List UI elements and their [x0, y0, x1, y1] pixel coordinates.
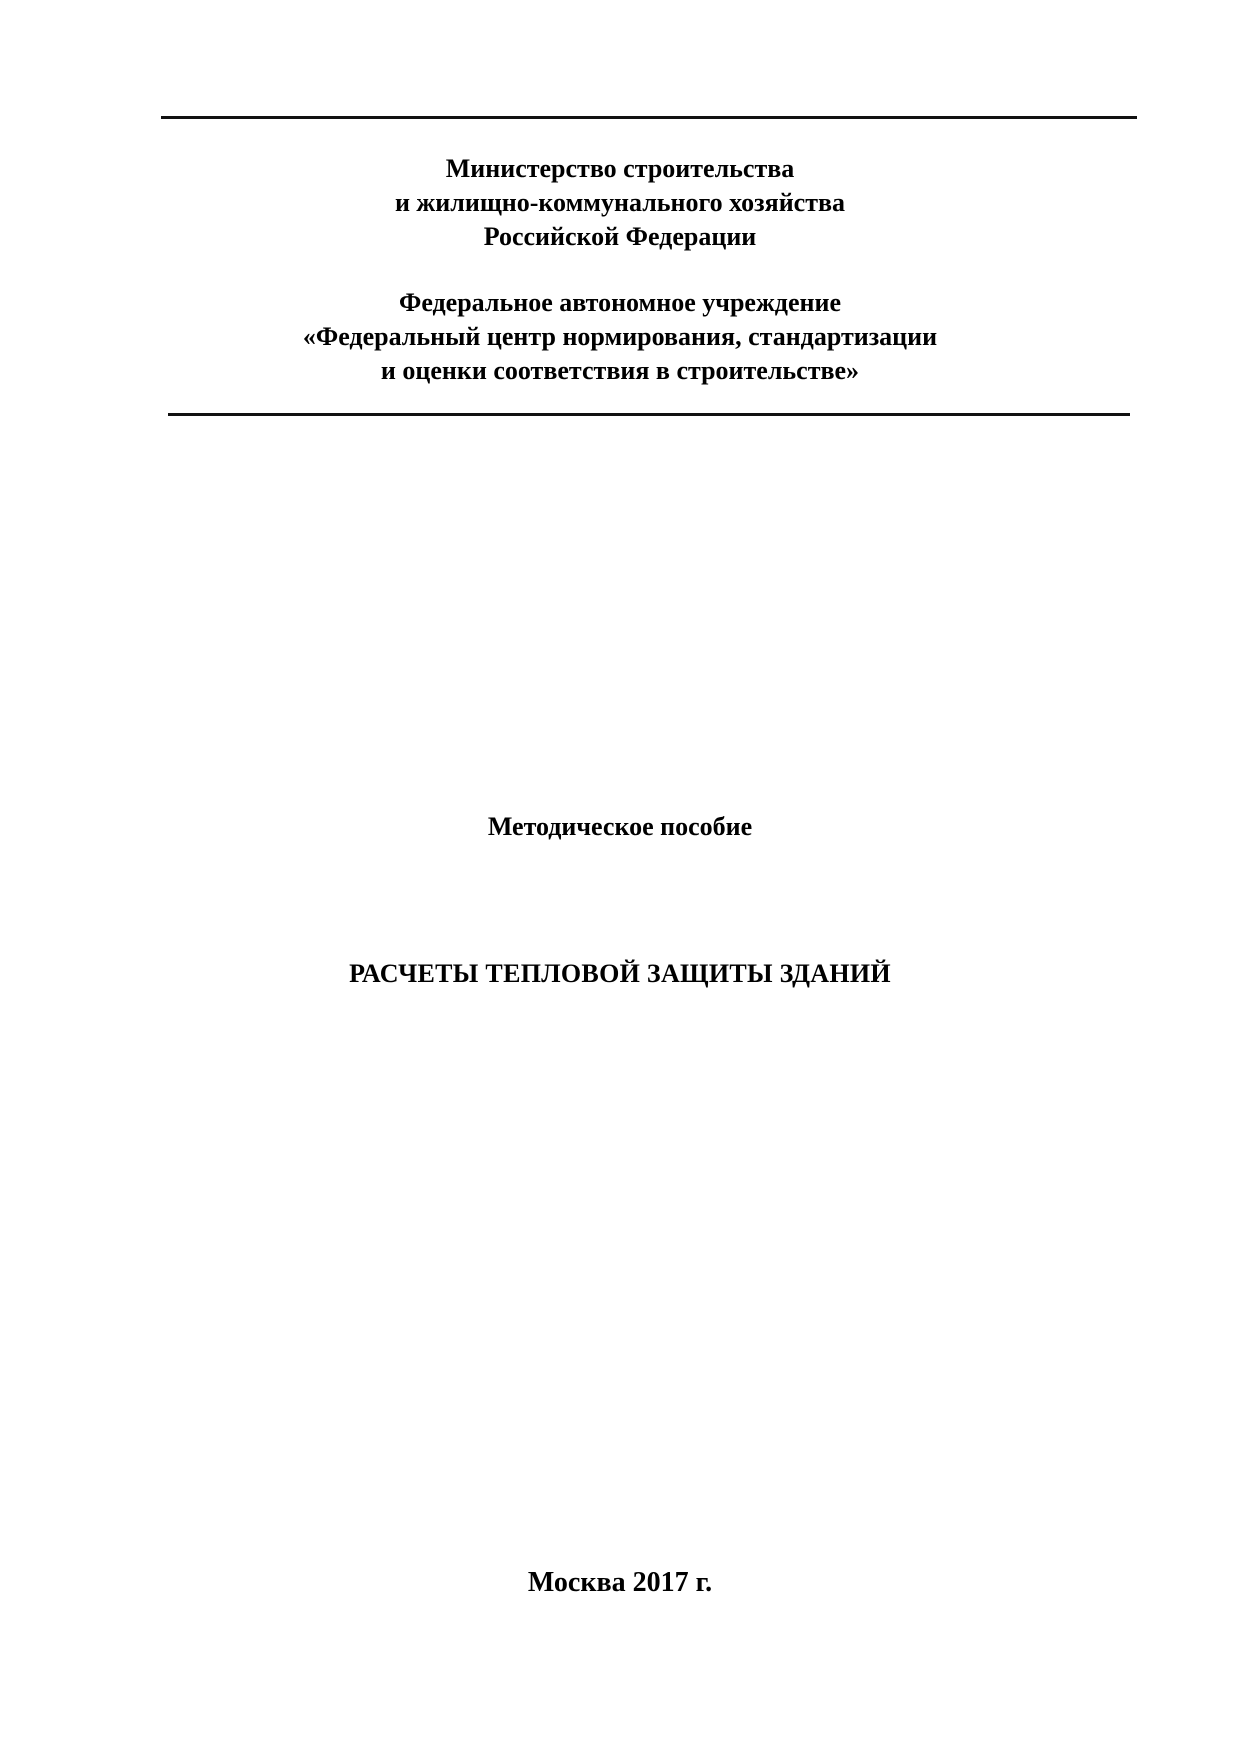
document-page: Министерство строительства и жилищно-ком…: [0, 0, 1240, 1754]
document-type: Методическое пособие: [0, 810, 1240, 844]
place-year-text: Москва 2017 г.: [0, 1566, 1240, 1600]
header-bottom-rule: [168, 413, 1130, 416]
institution-line-2: «Федеральный центр нормирования, стандар…: [0, 320, 1240, 354]
ministry-name: Министерство строительства и жилищно-ком…: [0, 152, 1240, 254]
institution-line-3: и оценки соответствия в строительстве»: [0, 354, 1240, 388]
ministry-line-3: Российской Федерации: [0, 220, 1240, 254]
document-type-label: Методическое пособие: [0, 810, 1240, 844]
ministry-line-1: Министерство строительства: [0, 152, 1240, 186]
document-title-text: РАСЧЕТЫ ТЕПЛОВОЙ ЗАЩИТЫ ЗДАНИЙ: [0, 957, 1240, 991]
institution-line-1: Федеральное автономное учреждение: [0, 286, 1240, 320]
header-top-rule: [161, 116, 1137, 119]
institution-name: Федеральное автономное учреждение «Федер…: [0, 286, 1240, 388]
ministry-line-2: и жилищно-коммунального хозяйства: [0, 186, 1240, 220]
footer-place-year: Москва 2017 г.: [0, 1566, 1240, 1600]
document-title: РАСЧЕТЫ ТЕПЛОВОЙ ЗАЩИТЫ ЗДАНИЙ: [0, 957, 1240, 991]
